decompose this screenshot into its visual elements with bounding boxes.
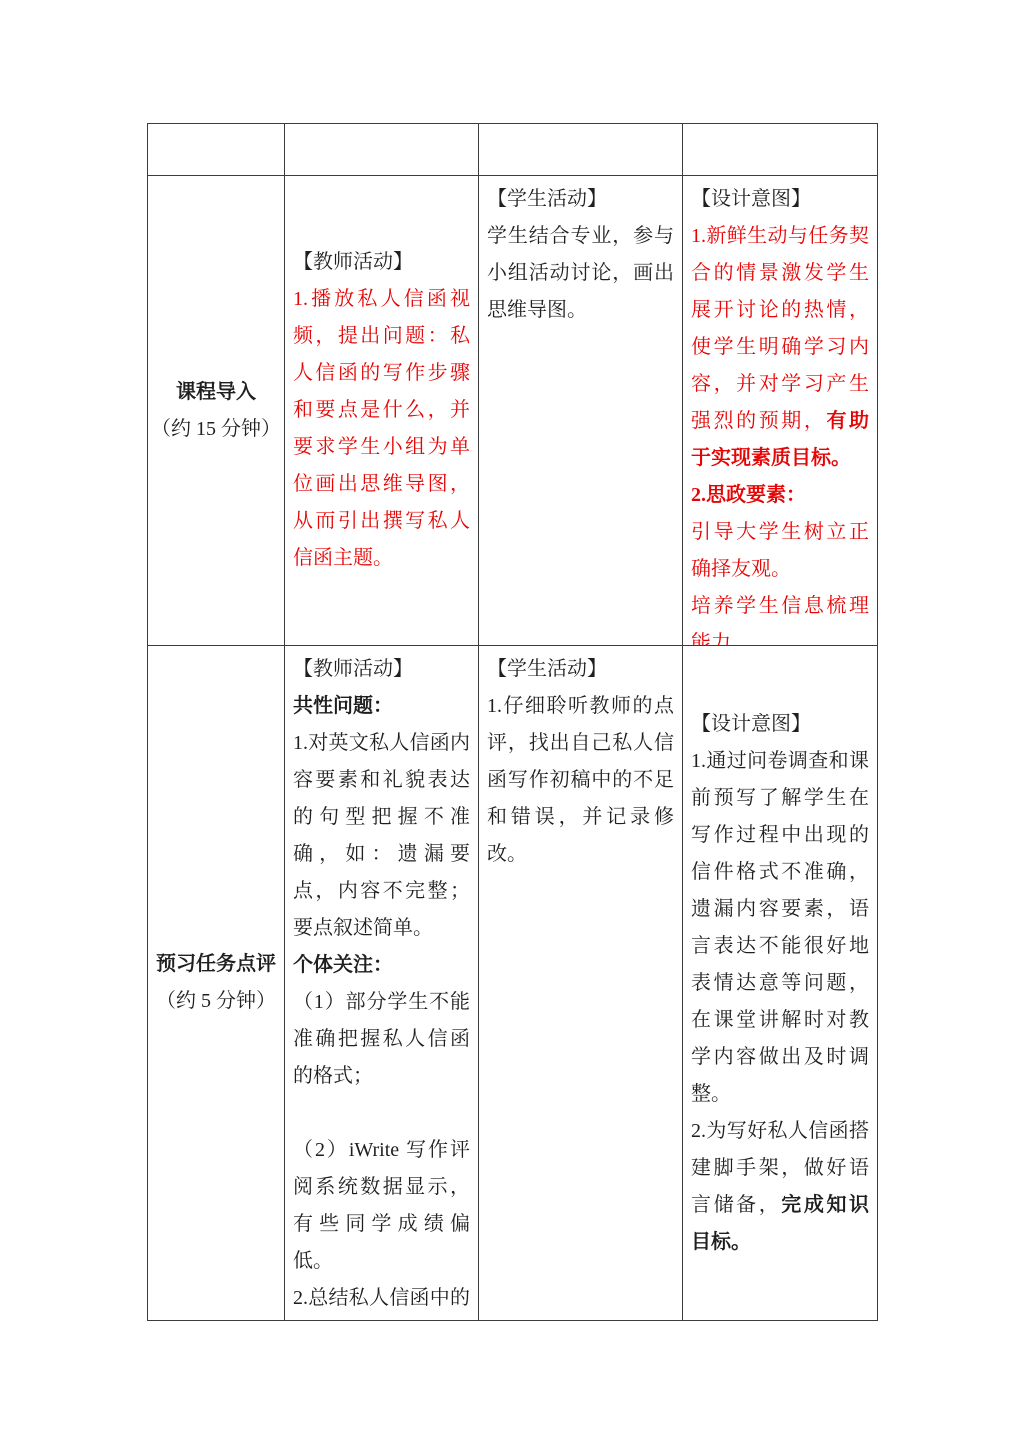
text-run: （2）iWrite 写作评阅系统数据显示，有些同学成绩偏低。 [293,1139,470,1272]
text-run: 【设计意图】 [691,188,811,210]
paragraph: 2.为写好私人信函搭建脚手架，做好语言储备，完成知识目标。 [691,1113,869,1261]
paragraph: 2.总结私人信函中的错误表达如下： [293,1280,470,1321]
text-run: 共性问题： [293,695,393,717]
paragraph: 【教师活动】 [293,244,470,281]
text-run: 2.总结私人信函中的错误表达如下： [293,1287,470,1321]
table-cell-r2c3: 【学生活动】学生结合专业，参与小组活动讨论，画出思维导图。 [479,176,683,646]
paragraph: 【设计意图】 [691,181,869,218]
text-run: 1.新鲜生动与任务契合的情景激发学生展开讨论的热情，使学生明确学习内容，并对学习… [691,225,869,432]
paragraph: 培养学生信息梳理能力。 [691,588,869,646]
table-cell-r3c2: 【教师活动】共性问题：1.对英文私人信函内容要素和礼貌表达的句型把握不准确，如：… [285,646,479,1321]
text-run: 【教师活动】 [293,251,413,273]
lesson-plan-table: 课程导入（约 15 分钟）【教师活动】1.播放私人信函视频，提出问题：私人信函的… [147,123,878,1321]
text-run: 学生结合专业，参与小组活动讨论，画出思维导图。 [487,225,674,321]
text-run: 2.思政要素： [691,484,806,506]
paragraph: 1.对英文私人信函内容要素和礼貌表达的句型把握不准确，如：遗漏要点，内容不完整；… [293,725,470,947]
text-run: 引导大学生树立正确择友观。 [691,521,869,580]
text-run: 1.仔细聆听教师的点评，找出自己私人信函写作初稿中的不足和错误，并记录修改。 [487,695,674,865]
text-run: 【设计意图】 [691,713,811,735]
paragraph: 【学生活动】 [487,651,674,688]
text-run: （1）部分学生不能准确把握私人信函的格式； [293,991,470,1087]
table-cell-r3c3: 【学生活动】1.仔细聆听教师的点评，找出自己私人信函写作初稿中的不足和错误，并记… [479,646,683,1321]
paragraph [293,1095,470,1132]
table-cell-r3c1: 预习任务点评（约 5 分钟） [148,646,285,1321]
paragraph: 1.仔细聆听教师的点评，找出自己私人信函写作初稿中的不足和错误，并记录修改。 [487,688,674,873]
paragraph: 预习任务点评 [150,946,282,983]
table-cell-r2c1: 课程导入（约 15 分钟） [148,176,285,646]
paragraph: 引导大学生树立正确择友观。 [691,514,869,588]
text-run: 课程导入 [176,381,256,403]
paragraph: （约 15 分钟） [150,411,282,448]
text-run: 1.播放私人信函视频，提出问题：私人信函的写作步骤和要点是什么，并要求学生小组为… [293,288,470,569]
text-run: 培养学生信息梳理能力。 [691,595,869,646]
paragraph: 1.新鲜生动与任务契合的情景激发学生展开讨论的热情，使学生明确学习内容，并对学习… [691,218,869,477]
document-page: 课程导入（约 15 分钟）【教师活动】1.播放私人信函视频，提出问题：私人信函的… [0,0,1024,1448]
paragraph: （1）部分学生不能准确把握私人信函的格式； [293,984,470,1095]
paragraph: 【学生活动】 [487,181,674,218]
table-cell-r1c3 [479,124,683,176]
paragraph: 个体关注： [293,947,470,984]
paragraph: （2）iWrite 写作评阅系统数据显示，有些同学成绩偏低。 [293,1132,470,1280]
text-run: 预习任务点评 [156,953,276,975]
text-run: 1.通过问卷调查和课前预写了解学生在写作过程中出现的信件格式不准确，遗漏内容要素… [691,750,869,1105]
table-cell-r1c1 [148,124,285,176]
table-cell-r2c2: 【教师活动】1.播放私人信函视频，提出问题：私人信函的写作步骤和要点是什么，并要… [285,176,479,646]
text-run: 【学生活动】 [487,188,607,210]
table-cell-r1c4 [683,124,878,176]
paragraph: 【设计意图】 [691,706,869,743]
paragraph: 共性问题： [293,688,470,725]
table-cell-r3c4: 【设计意图】1.通过问卷调查和课前预写了解学生在写作过程中出现的信件格式不准确，… [683,646,878,1321]
paragraph: 2.思政要素： [691,477,869,514]
paragraph: 学生结合专业，参与小组活动讨论，画出思维导图。 [487,218,674,329]
paragraph: 课程导入 [150,374,282,411]
paragraph: （约 5 分钟） [150,983,282,1020]
text-run: 1.对英文私人信函内容要素和礼貌表达的句型把握不准确，如：遗漏要点，内容不完整；… [293,732,470,939]
paragraph: 1.播放私人信函视频，提出问题：私人信函的写作步骤和要点是什么，并要求学生小组为… [293,281,470,577]
text-run: 【学生活动】 [487,658,607,680]
text-run: （约 15 分钟） [151,418,281,440]
text-run: 个体关注： [293,954,393,976]
paragraph: 【教师活动】 [293,651,470,688]
text-run: 【教师活动】 [293,658,413,680]
text-run: （约 5 分钟） [156,990,276,1012]
paragraph: 1.通过问卷调查和课前预写了解学生在写作过程中出现的信件格式不准确，遗漏内容要素… [691,743,869,1113]
table-cell-r1c2 [285,124,479,176]
table-cell-r2c4: 【设计意图】1.新鲜生动与任务契合的情景激发学生展开讨论的热情，使学生明确学习内… [683,176,878,646]
